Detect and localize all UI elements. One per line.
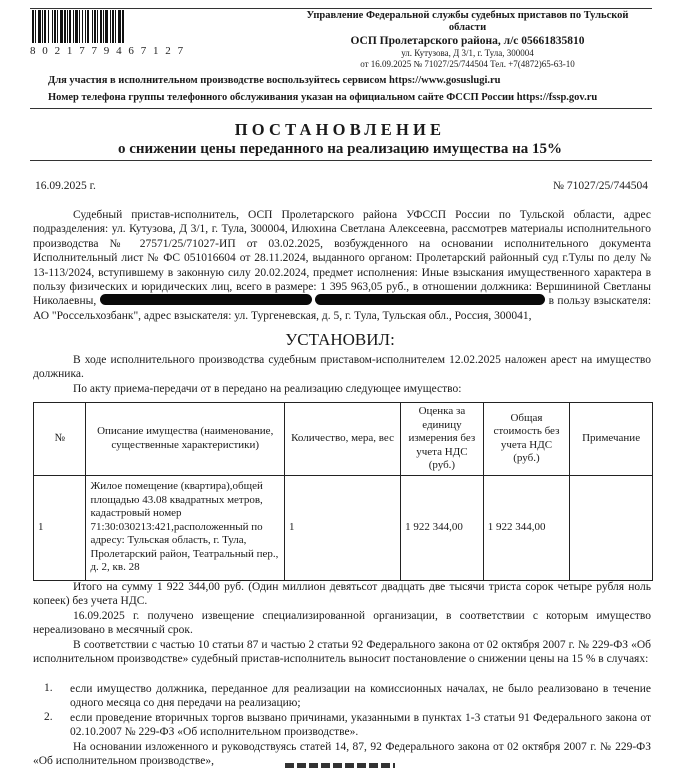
established-heading: УСТАНОВИЛ: [0,330,680,350]
intro-text: Судебный пристав-исполнитель, ОСП Пролет… [33,209,651,307]
property-table: № Описание имущества (наименование, суще… [33,402,653,581]
arrest-paragraph: В ходе исполнительного производства суде… [33,353,651,382]
header-quantity: Количество, мера, вес [284,403,400,476]
document-page: 8021779467127 Управление Федеральной слу… [0,0,680,768]
header-description: Описание имущества (наименование, сущест… [86,403,284,476]
intro-paragraph: Судебный пристав-исполнитель, ОСП Пролет… [33,208,651,323]
header-total: Общая стоимость без учета НДС (руб.) [483,403,570,476]
title-rule [30,160,652,161]
document-date: 16.09.2025 г. [35,180,96,192]
department-address: ул. Кутузова, Д 3/1, г. Тула, 300004 [295,48,640,59]
redacted-debtor-details [100,294,312,305]
case-2-text: если проведение вторичных торгов вызвано… [70,711,651,740]
cell-total: 1 922 344,00 [483,475,570,580]
table-header-row: № Описание имущества (наименование, суще… [34,403,653,476]
redacted-debtor-address [315,294,545,305]
table-row: 1 Жилое помещение (квартира),общей площа… [34,475,653,580]
department-name: ОСП Пролетарского района, л/с 0566183581… [295,34,640,48]
transfer-paragraph: По акту приема-передачи от в передано на… [33,382,651,396]
case-1-text: если имущество должника, переданное для … [70,682,651,711]
case-2-number: 2. [44,711,53,723]
document-subtitle: о снижении цены переданного на реализаци… [0,141,680,158]
cell-note [570,475,653,580]
agency-block: Управление Федеральной службы судебных п… [295,10,640,70]
cell-number: 1 [34,475,86,580]
top-rule [30,8,652,9]
header-rule [30,108,652,109]
document-number: № 71027/25/744504 [553,180,648,192]
case-1-number: 1. [44,682,53,694]
header-note: Примечание [570,403,653,476]
gosuslugi-notice: Для участия в исполнительном производств… [48,75,501,86]
document-ref-phone: от 16.09.2025 № 71027/25/744504 Тел. +7(… [295,59,640,70]
cell-unit-price: 1 922 344,00 [401,475,484,580]
barcode [32,10,234,43]
document-title: ПОСТАНОВЛЕНИЕ [0,120,680,140]
agency-name-cont: области [295,22,640,34]
cut-off-heading [285,763,395,768]
notice-paragraph: 16.09.2025 г. получено извещение специал… [33,609,651,638]
phone-notice: Номер телефона группы телефонного обслуж… [48,92,597,103]
barcode-number: 8021779467127 [30,45,190,57]
header-number: № [34,403,86,476]
law-paragraph: В соответствии с частью 10 статьи 87 и ч… [33,638,651,667]
header-unit-price: Оценка за единицу измерения без учета НД… [401,403,484,476]
agency-name: Управление Федеральной службы судебных п… [295,10,640,22]
cell-quantity: 1 [284,475,400,580]
cell-description: Жилое помещение (квартира),общей площадь… [86,475,284,580]
total-paragraph: Итого на сумму 1 922 344,00 руб. (Один м… [33,580,651,609]
